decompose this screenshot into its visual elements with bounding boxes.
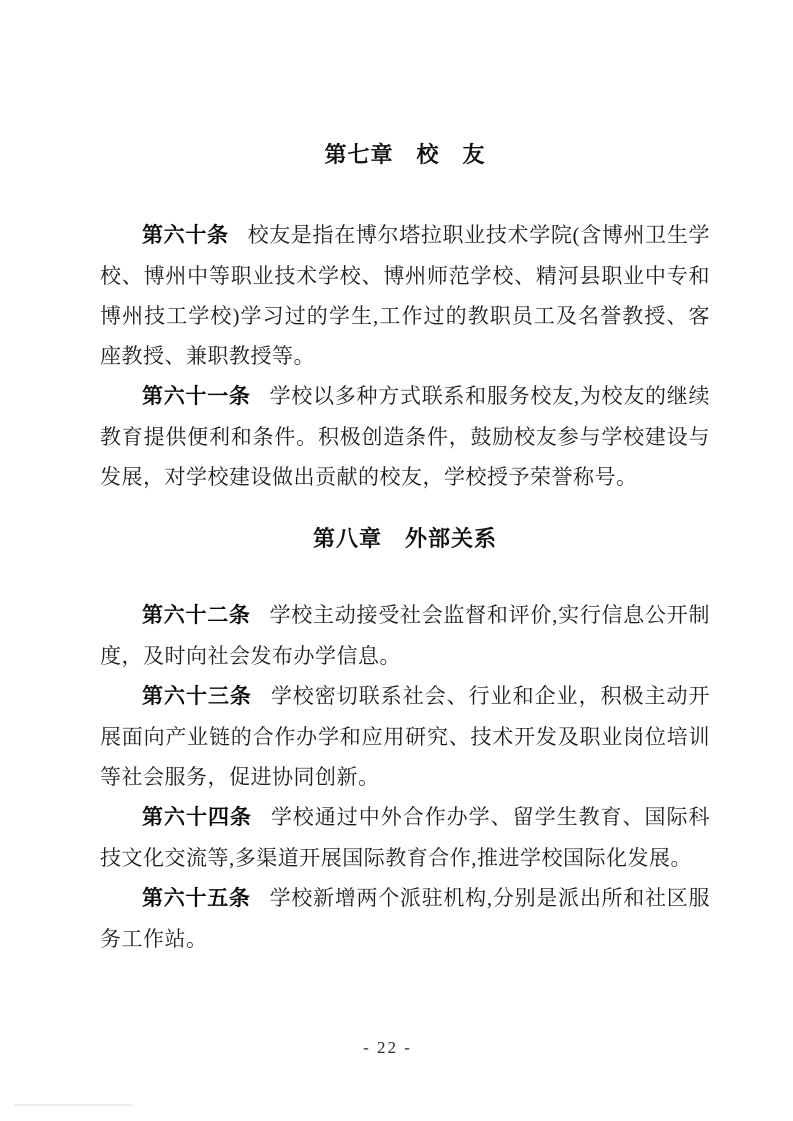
- article-60-label: 第六十条: [142, 224, 229, 247]
- article-61: 第六十一条学校以多种方式联系和服务校友,为校友的继续教育提供便利和条件。积极创造…: [100, 376, 710, 497]
- scan-artifact-line: [14, 1104, 132, 1106]
- article-62: 第六十二条学校主动接受社会监督和评价,实行信息公开制度，及时向社会发布办学信息。: [100, 595, 710, 676]
- article-63-label: 第六十三条: [142, 685, 252, 708]
- article-63: 第六十三条学校密切联系社会、行业和企业，积极主动开展面向产业链的合作办学和应用研…: [100, 676, 710, 797]
- page-number: - 22 -: [0, 1038, 775, 1058]
- article-65-label: 第六十五条: [142, 887, 251, 910]
- chapter-8-title: 第八章 外部关系: [100, 522, 710, 555]
- chapter-7-title: 第七章 校 友: [100, 138, 710, 171]
- article-61-label: 第六十一条: [142, 385, 251, 408]
- article-64: 第六十四条学校通过中外合作办学、留学生教育、国际科技文化交流等,多渠道开展国际教…: [100, 797, 710, 878]
- article-65: 第六十五条学校新增两个派驻机构,分别是派出所和社区服务工作站。: [100, 878, 710, 959]
- document-page: 第七章 校 友 第六十条校友是指在博尔塔拉职业技术学院(含博州卫生学校、博州中等…: [0, 0, 793, 1121]
- article-62-label: 第六十二条: [142, 604, 251, 627]
- article-60: 第六十条校友是指在博尔塔拉职业技术学院(含博州卫生学校、博州中等职业技术学校、博…: [100, 215, 710, 376]
- article-64-label: 第六十四条: [142, 806, 252, 829]
